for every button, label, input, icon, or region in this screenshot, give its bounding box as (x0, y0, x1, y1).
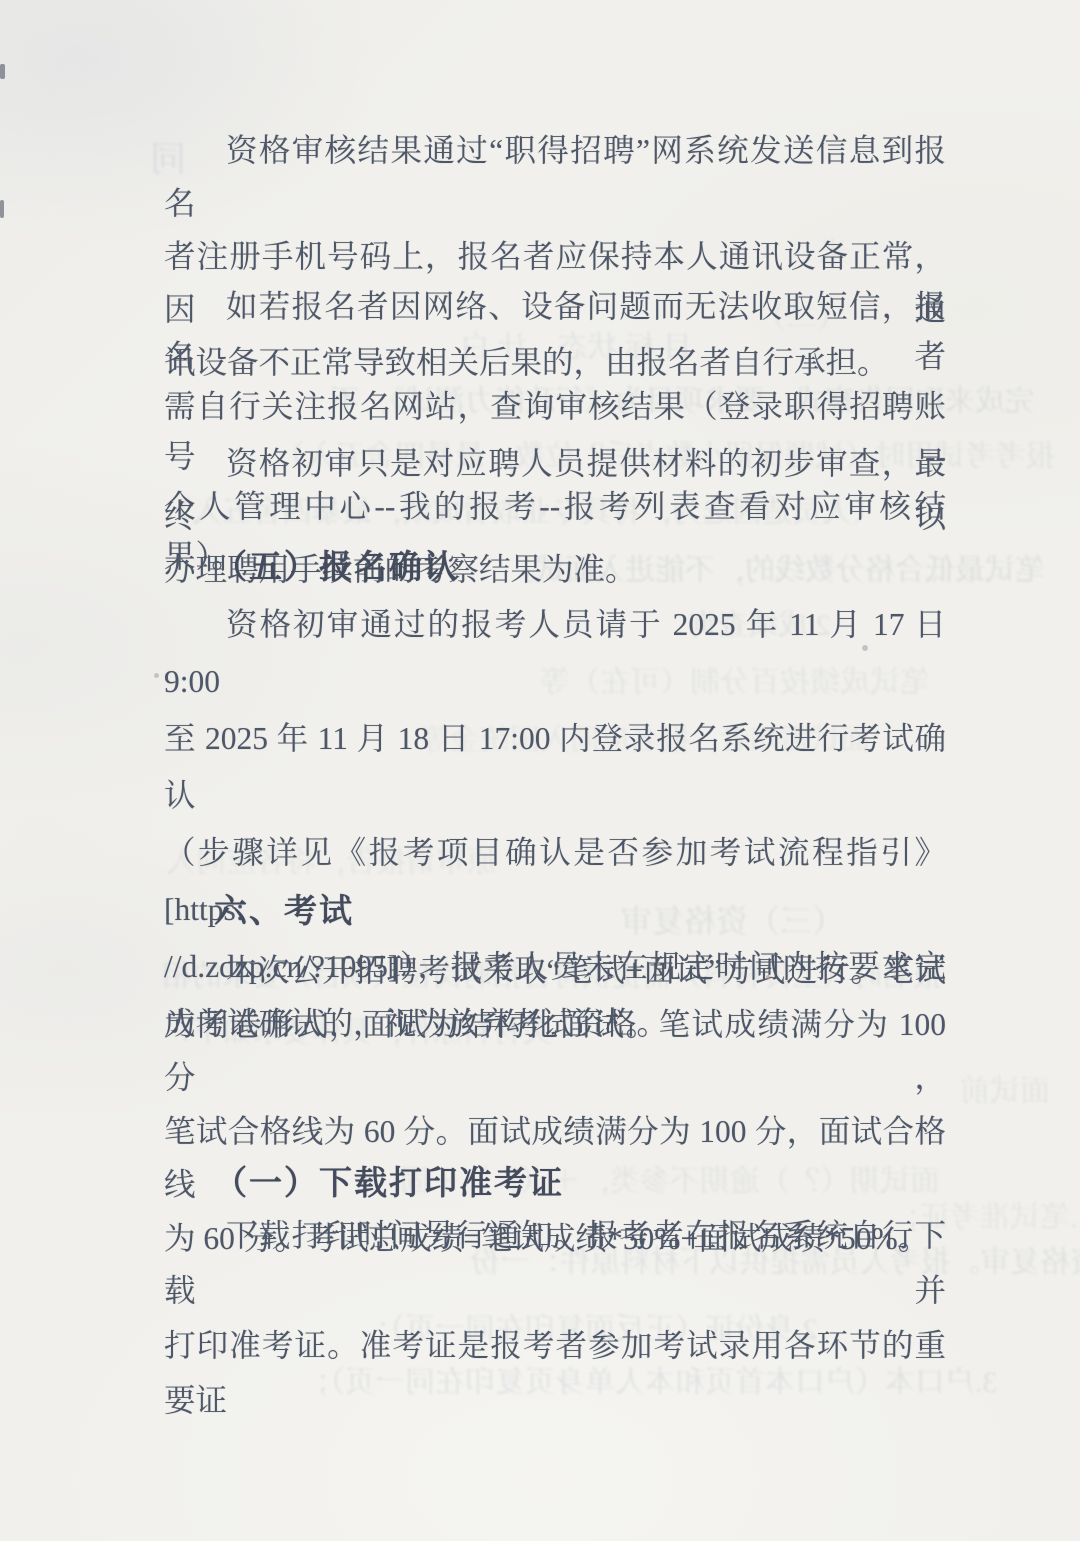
section-heading: 六、考试 (164, 886, 946, 936)
body-text-line: 打印准考证。准考证是报考者参加考试录用各环节的重要证 (164, 1318, 946, 1428)
heading-text: （五）报名确认 (164, 542, 946, 592)
section-heading: （五）报名确认 (164, 542, 946, 592)
scanned-document-page: 同米（二）目 标 状态，计 白完成来取回告察式，要求项目为《行政能力测试》，不报… (0, 0, 1080, 1541)
section-heading: （一）下载打印准考证 (164, 1158, 946, 1208)
body-text-line: 资格初审只是对应聘人员提供材料的初步审查，最终以 (164, 437, 946, 543)
body-text-line: 下载打印时间另行通知。报考者在报名系统自行下载并 (164, 1208, 946, 1318)
heading-text: 六、考试 (164, 886, 946, 936)
body-text-line: 至 2025 年 11 月 18 日 17:00 内登录报名系统进行考试确认 (164, 710, 946, 824)
heading-text: （一）下载打印准考证 (164, 1158, 946, 1208)
paragraph: 下载打印时间另行通知。报考者在报名系统自行下载并打印准考证。准考证是报考者参加考… (164, 1208, 946, 1428)
body-text-line: 为闭卷形式，面试为结构化面试。笔试成绩满分为 100 分， (164, 998, 946, 1105)
body-text-line: 本次公开招聘考试采取“笔试+面试”方式进行。笔试 (164, 944, 946, 998)
body-text-line: 资格初审通过的报考人员请于 2025 年 11 月 17 日 9:00 (164, 596, 946, 710)
body-text-line: 如若报名者因网络、设备问题而无法收取短信，报名者 (164, 282, 946, 382)
body-text-line: 资格审核结果通过“职得招聘”网系统发送信息到报名 (164, 124, 946, 230)
document-text: 资格审核结果通过“职得招聘”网系统发送信息到报名者注册手机号码上，报名者应保持本… (0, 0, 1080, 1541)
